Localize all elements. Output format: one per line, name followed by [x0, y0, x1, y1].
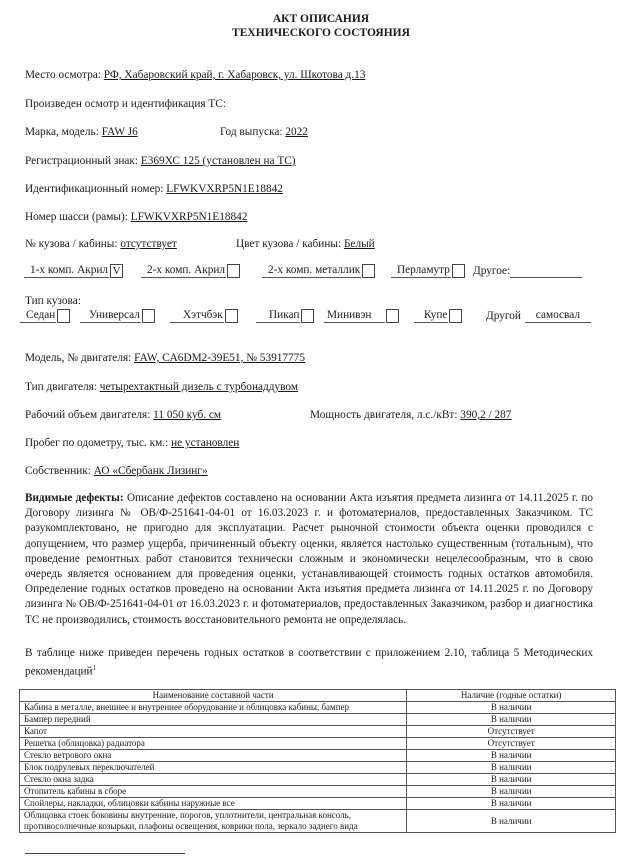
body-type-option-sedan: Седан [20, 309, 70, 323]
make-model-row: Марка, модель: FAW J6 [25, 126, 138, 138]
body-type-option-label: Хэтчбэк [170, 309, 224, 323]
table-intro-paragraph: В таблице ниже приведен перечень годных … [25, 646, 593, 680]
part-name-cell: Стекло ветрового окна [20, 750, 407, 762]
availability-cell: В наличии [407, 762, 616, 774]
availability-cell: В наличии [407, 702, 616, 714]
mileage-label: Пробег по одометру, тыс. км.: [25, 437, 171, 449]
engine-type-row: Тип двигателя: четырехтактный дизель с т… [25, 381, 298, 393]
paint-option-label: 1-х комп. Акрил [24, 264, 109, 278]
body-type-other-label: Другой [486, 310, 521, 323]
body-type-option-pickup: Пикап [256, 309, 314, 323]
owner-label: Собственник: [25, 465, 94, 477]
owner-value: АО «Сбербанк Лизинг» [94, 465, 208, 477]
document-title-line-1: АКТ ОПИСАНИЯ [0, 12, 642, 26]
paint-other-label: Другое: [473, 265, 510, 278]
part-name-cell: Стекло окна задка [20, 774, 407, 786]
engine-model-label: Модель, № двигателя: [25, 352, 134, 364]
power-row: Мощность двигателя, л.с./кВт: 390,2 / 28… [310, 409, 511, 421]
displacement-label: Рабочий объем двигателя: [25, 409, 153, 421]
availability-cell: В наличии [407, 786, 616, 798]
table-row: Стекло окна задкаВ наличии [20, 774, 616, 786]
footnote-ref: 1 [92, 664, 96, 672]
part-name-cell: Бампер передний [20, 714, 407, 726]
availability-cell: Отсутствует [407, 738, 616, 750]
year-row: Год выпуска: 2022 [220, 126, 308, 138]
inspection-note: Произведен осмотр и идентификация ТС: [25, 98, 226, 110]
table-row: Бампер переднийВ наличии [20, 714, 616, 726]
part-name-cell: Решетка (облицовка) радиатора [20, 738, 407, 750]
vin-row: Идентификационный номер: LFWKVXRP5N1E188… [25, 183, 283, 195]
part-name-cell: Кабина в металле, внешнее и внутреннее о… [20, 702, 407, 714]
engine-type-label: Тип двигателя: [25, 381, 100, 393]
paint-option-label: Перламутр [391, 264, 451, 278]
availability-cell: В наличии [407, 810, 616, 833]
body-type-option-label: Купе [414, 309, 448, 323]
chassis-row: Номер шасси (рамы): LFWKVXRP5N1E18842 [25, 211, 247, 223]
paint-option-2: 2-х комп. Акрил [141, 264, 240, 278]
body-type-option-coupe: Купе [414, 309, 462, 323]
displacement-row: Рабочий объем двигателя: 11 050 куб. см [25, 409, 221, 421]
visible-defects-paragraph: Видимые дефекты: Описание дефектов соста… [25, 491, 593, 628]
table-row: Решетка (облицовка) радиатораОтсутствует [20, 738, 616, 750]
availability-cell: В наличии [407, 714, 616, 726]
body-type-option-label: Универсал [80, 309, 141, 323]
table-row: Облицовка стоек боковины внутренние, пор… [20, 810, 616, 833]
body-type-checkbox[interactable] [225, 309, 238, 323]
body-type-option-wagon: Универсал [80, 309, 155, 323]
paint-option-1: 1-х комп. АкрилV [24, 264, 123, 278]
part-name-cell: Облицовка стоек боковины внутренние, пор… [20, 810, 407, 833]
power-value: 390,2 / 287 [460, 409, 511, 421]
body-type-checkbox[interactable] [449, 309, 462, 323]
chassis-label: Номер шасси (рамы): [25, 211, 131, 223]
paint-other: Другое: [473, 264, 582, 278]
visible-defects-label: Видимые дефекты: [25, 492, 124, 504]
body-type-checkbox[interactable] [57, 309, 70, 323]
paint-option-label: 2-х комп. металлик [262, 264, 361, 278]
visible-defects-text: Описание дефектов составлено на основани… [25, 492, 593, 626]
paint-option-4: Перламутр [391, 264, 465, 278]
paint-other-field[interactable] [510, 264, 582, 278]
engine-model-row: Модель, № двигателя: FAW, CA6DM2-39E51, … [25, 352, 305, 364]
availability-cell: В наличии [407, 774, 616, 786]
mileage-value: не установлен [171, 437, 239, 449]
body-type-checkbox[interactable] [301, 309, 314, 323]
column-header-part-name: Наименование составной части [20, 690, 407, 702]
engine-type-value: четырехтактный дизель с турбонаддувом [100, 381, 298, 393]
make-model-value: FAW J6 [102, 126, 138, 138]
body-type-option-label: Седан [20, 309, 56, 323]
power-label: Мощность двигателя, л.с./кВт: [310, 409, 460, 421]
inspection-place-value: РФ, Хабаровский край, г. Хабаровск, ул. … [104, 69, 366, 81]
chassis-value: LFWKVXRP5N1E18842 [131, 211, 248, 223]
make-model-label: Марка, модель: [25, 126, 102, 138]
footnote-separator [25, 853, 185, 854]
owner-row: Собственник: АО «Сбербанк Лизинг» [25, 465, 208, 477]
inspection-place-row: Место осмотра: РФ, Хабаровский край, г. … [25, 69, 365, 81]
table-row: Отопитель кабины в сбореВ наличии [20, 786, 616, 798]
paint-option-checkbox[interactable] [227, 264, 240, 278]
body-type-label: Тип кузова: [25, 295, 81, 307]
paint-option-checkbox[interactable] [362, 264, 375, 278]
body-type-checkbox[interactable] [142, 309, 155, 323]
body-type-other-field[interactable]: самосвал [525, 309, 591, 323]
reg-plate-label: Регистрационный знак: [25, 155, 141, 167]
table-intro-text: В таблице ниже приведен перечень годных … [25, 647, 593, 678]
year-value: 2022 [285, 126, 308, 138]
table-row: Стекло ветрового окнаВ наличии [20, 750, 616, 762]
table-row: Спойлеры, накладки, облицовки кабины нар… [20, 798, 616, 810]
body-type-option-minivan: Минивэн [324, 309, 399, 323]
body-type-other: Другойсамосвал [486, 309, 591, 323]
column-header-availability: Наличие (годные остатки) [407, 690, 616, 702]
table-header-row: Наименование составной части Наличие (го… [20, 690, 616, 702]
parts-table: Наименование составной части Наличие (го… [19, 689, 616, 833]
body-number-value: отсутствует [120, 238, 177, 250]
paint-option-3: 2-х комп. металлик [262, 264, 375, 278]
body-color-value: Белый [344, 238, 375, 250]
body-type-option-label: Минивэн [324, 309, 385, 323]
table-row: Блок подрулевых переключателейВ наличии [20, 762, 616, 774]
reg-plate-value: Е369ХС 125 (установлен на ТС) [141, 155, 296, 167]
paint-option-label: 2-х комп. Акрил [141, 264, 226, 278]
body-color-label: Цвет кузова / кабины: [236, 238, 344, 250]
body-type-option-label: Пикап [256, 309, 300, 323]
table-row: КапотОтсутствует [20, 726, 616, 738]
inspection-place-label: Место осмотра: [25, 69, 104, 81]
mileage-row: Пробег по одометру, тыс. км.: не установ… [25, 437, 239, 449]
year-label: Год выпуска: [220, 126, 285, 138]
part-name-cell: Блок подрулевых переключателей [20, 762, 407, 774]
body-type-checkbox[interactable] [386, 309, 399, 323]
body-color-row: Цвет кузова / кабины: Белый [236, 238, 375, 250]
paint-option-checkbox[interactable]: V [110, 264, 123, 278]
availability-cell: В наличии [407, 750, 616, 762]
engine-model-value: FAW, CA6DM2-39E51, № 53917775 [134, 352, 305, 364]
availability-cell: В наличии [407, 798, 616, 810]
displacement-value: 11 050 куб. см [153, 409, 221, 421]
body-number-row: № кузова / кабины: отсутствует [25, 238, 177, 250]
vin-value: LFWKVXRP5N1E18842 [166, 183, 283, 195]
availability-cell: Отсутствует [407, 726, 616, 738]
table-row: Кабина в металле, внешнее и внутреннее о… [20, 702, 616, 714]
paint-option-checkbox[interactable] [452, 264, 465, 278]
vin-label: Идентификационный номер: [25, 183, 166, 195]
body-number-label: № кузова / кабины: [25, 238, 120, 250]
part-name-cell: Отопитель кабины в сборе [20, 786, 407, 798]
reg-plate-row: Регистрационный знак: Е369ХС 125 (устано… [25, 155, 296, 167]
part-name-cell: Спойлеры, накладки, облицовки кабины нар… [20, 798, 407, 810]
body-type-option-hatchback: Хэтчбэк [170, 309, 238, 323]
part-name-cell: Капот [20, 726, 407, 738]
document-title-line-2: ТЕХНИЧЕСКОГО СОСТОЯНИЯ [0, 26, 642, 40]
